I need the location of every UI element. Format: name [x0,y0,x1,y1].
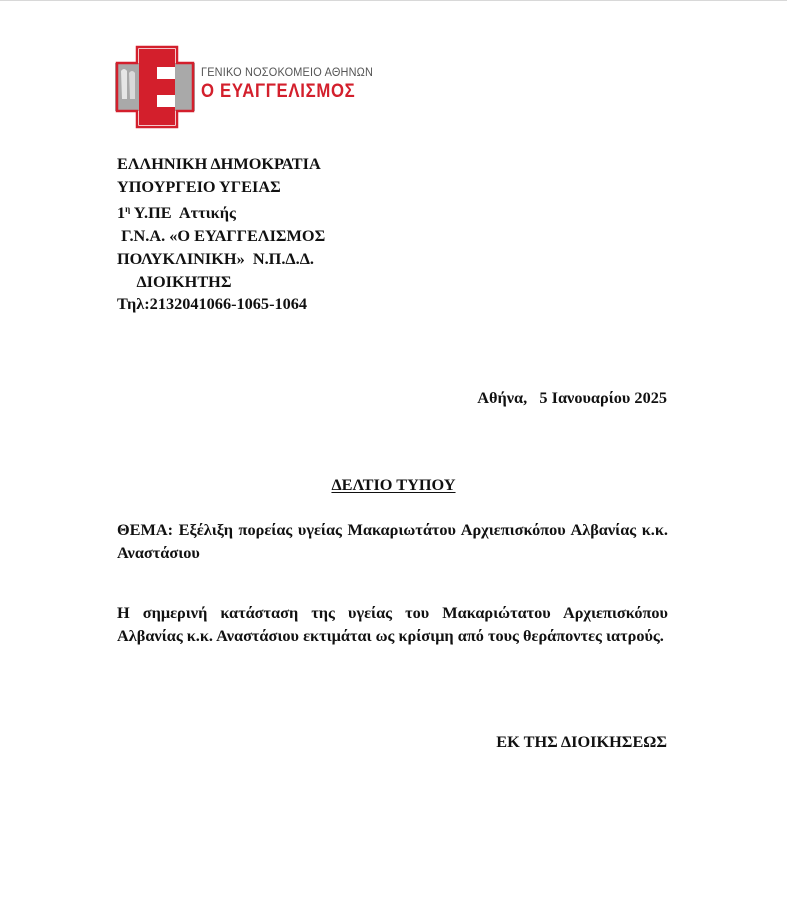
header-line-ministry: ΥΠΟΥΡΓΕΙΟ ΥΓΕΙΑΣ [117,176,325,199]
header-line-hospital: Γ.Ν.Α. «Ο ΕΥΑΓΓΕΛΙΣΜΟΣ [117,225,325,248]
header-line-phone: Τηλ:2132041066-1065-1064 [117,293,325,316]
evangelismos-cross-icon [115,45,195,129]
logo-subtitle: ΓΕΝΙΚΟ ΝΟΣΟΚΟΜΕΙΟ ΑΘΗΝΩΝ [201,67,373,79]
document-signature: ΕΚ ΤΗΣ ΔΙΟΙΚΗΣΕΩΣ [496,732,667,752]
document-body: Η σημερινή κατάσταση της υγείας του Μακα… [117,602,668,647]
document-date: Αθήνα, 5 Ιανουαρίου 2025 [477,388,667,408]
header-line-director: ΔΙΟΙΚΗΤΗΣ [117,271,325,294]
header-line-republic: ΕΛΛΗΝΙΚΗ ΔΗΜΟΚΡΑΤΙΑ [117,153,325,176]
hospital-logo: ΓΕΝΙΚΟ ΝΟΣΟΚΟΜΕΙΟ ΑΘΗΝΩΝ Ο ΕΥΑΓΓΕΛΙΣΜΟΣ [115,45,367,129]
sender-header: ΕΛΛΗΝΙΚΗ ΔΗΜΟΚΡΑΤΙΑ ΥΠΟΥΡΓΕΙΟ ΥΓΕΙΑΣ 1η … [117,153,325,316]
logo-name: Ο ΕΥΑΓΓΕΛΙΣΜΟΣ [201,81,360,103]
document-title: ΔΕΛΤΙΟ ΤΥΠΟΥ [0,475,787,495]
header-line-health-region: 1η Υ.ΠΕ Αττικής [117,198,325,225]
document-subject: ΘΕΜΑ: Εξέλιξη πορείας υγείας Μακαριωτάτο… [117,519,668,564]
header-line-polyclinic: ΠΟΛΥΚΛΙΝΙΚΗ» Ν.Π.Δ.Δ. [117,248,325,271]
